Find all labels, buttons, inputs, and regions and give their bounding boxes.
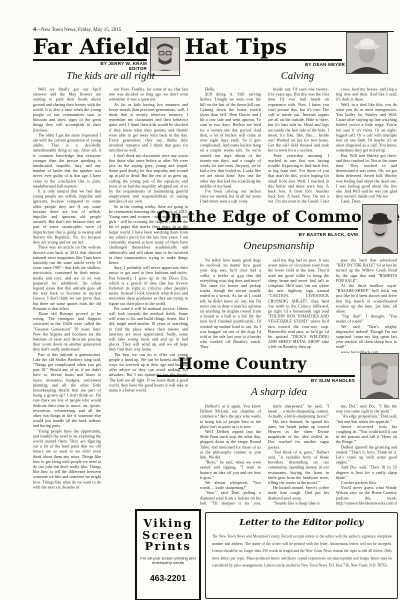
hat-tips-subtitle: Calving — [200, 71, 395, 82]
far-afield-headline: Far Afield — [33, 34, 150, 59]
home-country-headline: Home Country — [178, 354, 307, 373]
hat-tips-column-2: inside out. I'd seen one twenty-five yea… — [268, 87, 329, 203]
hat-tips-column-1: Hello,Still doing it. Still calving heif… — [200, 87, 261, 203]
home-country-column-2: knife sharpened," he said, "I mean ... a… — [268, 404, 329, 506]
common-sense-column-1: No tellin' how many good dogs he outlive… — [200, 258, 261, 353]
hat-tips-byline-block: BY DEAN MEYER — [250, 62, 345, 70]
hat-tips-byline: BY DEAN MEYER — [250, 62, 345, 67]
ad-tagline-wrap: For all your screen printing and embroid… — [137, 556, 199, 572]
ad-title-line-3: Prints — [137, 541, 199, 553]
newspaper-page: 4—New Town News, Friday, May 15, 2015 Fa… — [0, 0, 400, 600]
hat-tips-headline-rule — [185, 59, 342, 61]
baxter-black-photo — [362, 204, 398, 254]
ad-tagline: For all your screen printing and embroid… — [137, 556, 199, 565]
common-sense-byline: BY BAXTER BLACK, DVM — [230, 232, 358, 237]
slim-randles-photo — [360, 353, 399, 399]
portrait-dark-cowboy-hat-mustache-icon — [363, 205, 397, 253]
folio-dateline: —New Town News, Friday, May 15, 2015 — [36, 27, 121, 33]
common-sense-byline-block: BY BAXTER BLACK, DVM — [230, 232, 358, 240]
portrait-gray-hair-beard-icon — [361, 354, 398, 398]
common-sense-headline-rule — [157, 228, 358, 230]
portrait-beard-glasses-icon — [151, 38, 179, 75]
home-country-column-3: me, Del," said Doc. "I like the way you … — [336, 404, 397, 506]
portrait-white-cowboy-hat-icon — [347, 33, 387, 73]
home-country-column-1: Delbert's at it again. You know Delbert … — [200, 404, 261, 506]
common-sense-subtitle: Oneupsmanship — [200, 240, 358, 252]
far-afield-column-2: our lives. Frankly, for some of us, that… — [109, 87, 188, 508]
dean-meyer-photo — [346, 32, 388, 74]
ad-phone-number: 463-2201 — [137, 573, 199, 583]
letter-policy-box: Letter to the Editor policy The New Town… — [205, 512, 398, 599]
home-country-byline: BY SLIM RANDLES — [230, 378, 355, 383]
letter-policy-title: Letter to the Editor policy — [206, 518, 397, 528]
letter-policy-body: The New Town News and Mountrail County R… — [212, 533, 392, 593]
far-afield-column-1: Well we finally got our April showers an… — [33, 87, 101, 585]
ad-title-line-1: Viking — [137, 518, 199, 530]
common-sense-column-2: said my dog had no peer. It was seven mi… — [268, 258, 329, 353]
home-country-byline-block: BY SLIM RANDLES — [230, 378, 355, 386]
viking-screen-prints-ad: Viking Screen Prints For all your screen… — [135, 509, 201, 600]
hat-tips-headline: Hat Tips — [185, 34, 287, 59]
far-afield-subtitle: The kids are all right — [33, 71, 188, 82]
hat-tips-column-3: cows, feed my horses, and slop a hog now… — [336, 87, 397, 203]
home-country-subtitle: A sharp idea — [200, 386, 358, 398]
common-sense-column-3: past the barn that advertised "HAY BY TH… — [336, 258, 397, 353]
home-country-headline-rule — [157, 375, 355, 377]
